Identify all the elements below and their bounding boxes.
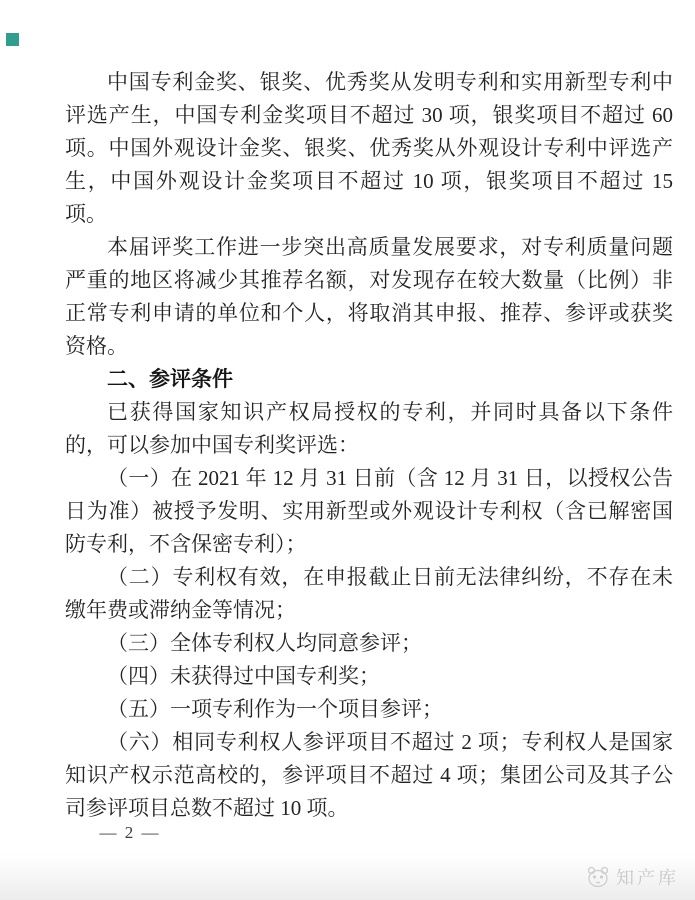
document-page: 中国专利金奖、银奖、优秀奖从发明专利和实用新型专利中评选产生，中国专利金奖项目不… [0, 0, 695, 900]
list-item-condition-5: （五）一项专利作为一个项目参评； [65, 693, 673, 726]
watermark: 知产库 [586, 864, 679, 890]
list-item-condition-1: （一）在 2021 年 12 月 31 日前（含 12 月 31 日，以授权公告… [65, 462, 673, 561]
list-item-condition-6: （六）相同专利权人参评项目不超过 2 项；专利权人是国家知识产权示范高校的，参评… [65, 726, 673, 825]
list-item-condition-2: （二）专利权有效，在申报截止日前无法律纠纷，不存在未缴年费或滞纳金等情况； [65, 561, 673, 627]
panda-logo-icon [586, 866, 610, 888]
section-heading-entry-conditions: 二、参评条件 [65, 363, 673, 396]
watermark-label: 知产库 [616, 864, 679, 890]
paragraph-quality-requirements: 本届评奖工作进一步突出高质量发展要求，对专利质量问题严重的地区将减少其推荐名额，… [65, 231, 673, 363]
list-item-condition-4: （四）未获得过中国专利奖； [65, 660, 673, 693]
page-number: — 2 — [86, 823, 174, 843]
document-body: 中国专利金奖、银奖、优秀奖从发明专利和实用新型专利中评选产生，中国专利金奖项目不… [65, 66, 673, 825]
footer-strip: 知产库 [0, 854, 695, 900]
list-item-condition-3: （三）全体专利权人均同意参评； [65, 627, 673, 660]
accent-square [6, 33, 19, 46]
paragraph-awards-quota: 中国专利金奖、银奖、优秀奖从发明专利和实用新型专利中评选产生，中国专利金奖项目不… [65, 66, 673, 231]
paragraph-eligibility-intro: 已获得国家知识产权局授权的专利，并同时具备以下条件的，可以参加中国专利奖评选： [65, 396, 673, 462]
